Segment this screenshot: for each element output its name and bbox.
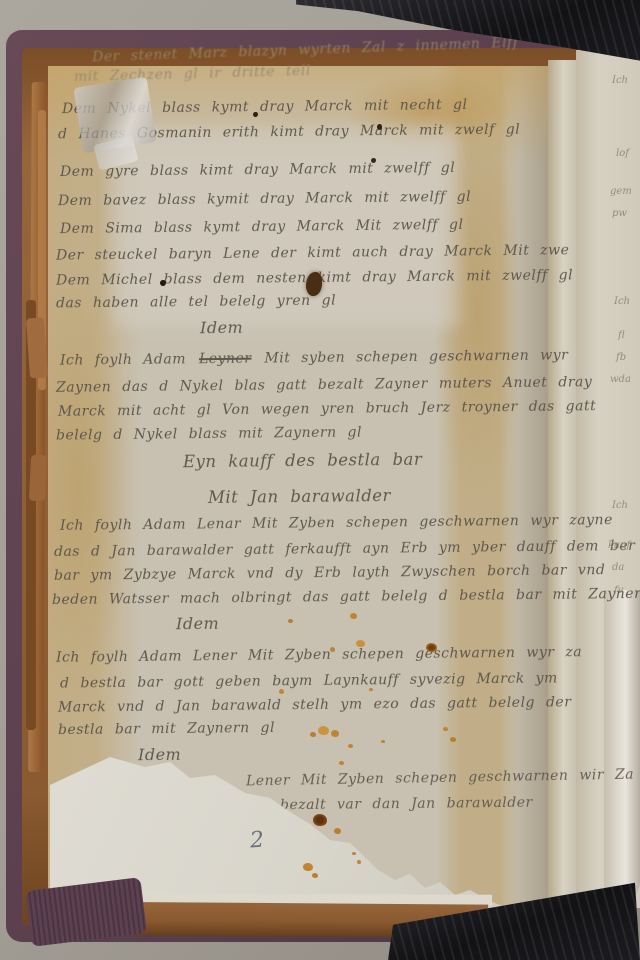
rust-stain	[331, 730, 339, 737]
page-number: 2	[249, 828, 265, 854]
margin-fragment: Ich	[612, 500, 628, 511]
struck-word: Leyner	[199, 351, 252, 368]
margin-fragment: pw	[612, 208, 627, 219]
rust-stain	[426, 643, 437, 652]
rust-stain	[310, 732, 316, 737]
rust-stain	[352, 852, 356, 855]
manuscript-photo: Der stenet Marz blazyn wyrten Zal z inne…	[0, 0, 640, 960]
margin-fragment: fv	[614, 585, 623, 596]
rust-stain	[318, 726, 329, 735]
rust-stain	[313, 814, 327, 826]
idem-heading: Idem	[176, 614, 219, 633]
rust-stain	[312, 873, 318, 878]
margin-fragment: kauf	[608, 540, 630, 551]
manuscript-line: bezalt var dan Jan barawalder	[280, 795, 533, 814]
rust-stain	[330, 647, 335, 652]
margin-fragment: Ich	[612, 75, 628, 86]
manuscript-line: das haben alle tel belelg yren gl	[56, 293, 336, 312]
line-pre: Ich foylh Adam	[60, 351, 186, 368]
margin-fragment: lof	[616, 148, 629, 159]
rust-stain	[443, 727, 448, 731]
rust-stain	[348, 744, 353, 748]
sale-heading: Eyn kauff des bestla bar	[183, 450, 422, 472]
rust-stain	[303, 863, 313, 871]
line-post: Mit syben schepen geschwarnen wyr	[264, 347, 568, 366]
rust-stain	[279, 689, 284, 694]
margin-fragment: Ich	[614, 296, 630, 307]
rust-stain	[357, 860, 361, 864]
manuscript-line: bestla bar mit Zaynern gl	[58, 720, 275, 738]
spine-torn-tab	[29, 455, 47, 502]
margin-fragment: da	[612, 562, 624, 573]
rust-stain	[450, 737, 456, 742]
rust-stain	[369, 688, 373, 691]
margin-fragment: wda	[610, 374, 631, 385]
party-heading: Mit Jan barawalder	[208, 486, 391, 507]
rust-stain	[356, 640, 365, 647]
idem-heading: Idem	[138, 745, 181, 764]
margin-fragment: fl	[618, 330, 625, 341]
page-edge-curl	[604, 590, 640, 902]
margin-fragment: gem	[610, 186, 632, 197]
rust-stain	[381, 740, 385, 743]
rust-stain	[339, 761, 344, 765]
manuscript-line: belelg d Nykel blass mit Zaynern gl	[56, 424, 362, 443]
rust-stain	[334, 828, 341, 834]
rust-stain	[288, 619, 293, 623]
idem-heading: Idem	[200, 318, 243, 337]
rust-stain	[350, 613, 357, 619]
margin-fragment: fb	[616, 352, 626, 363]
